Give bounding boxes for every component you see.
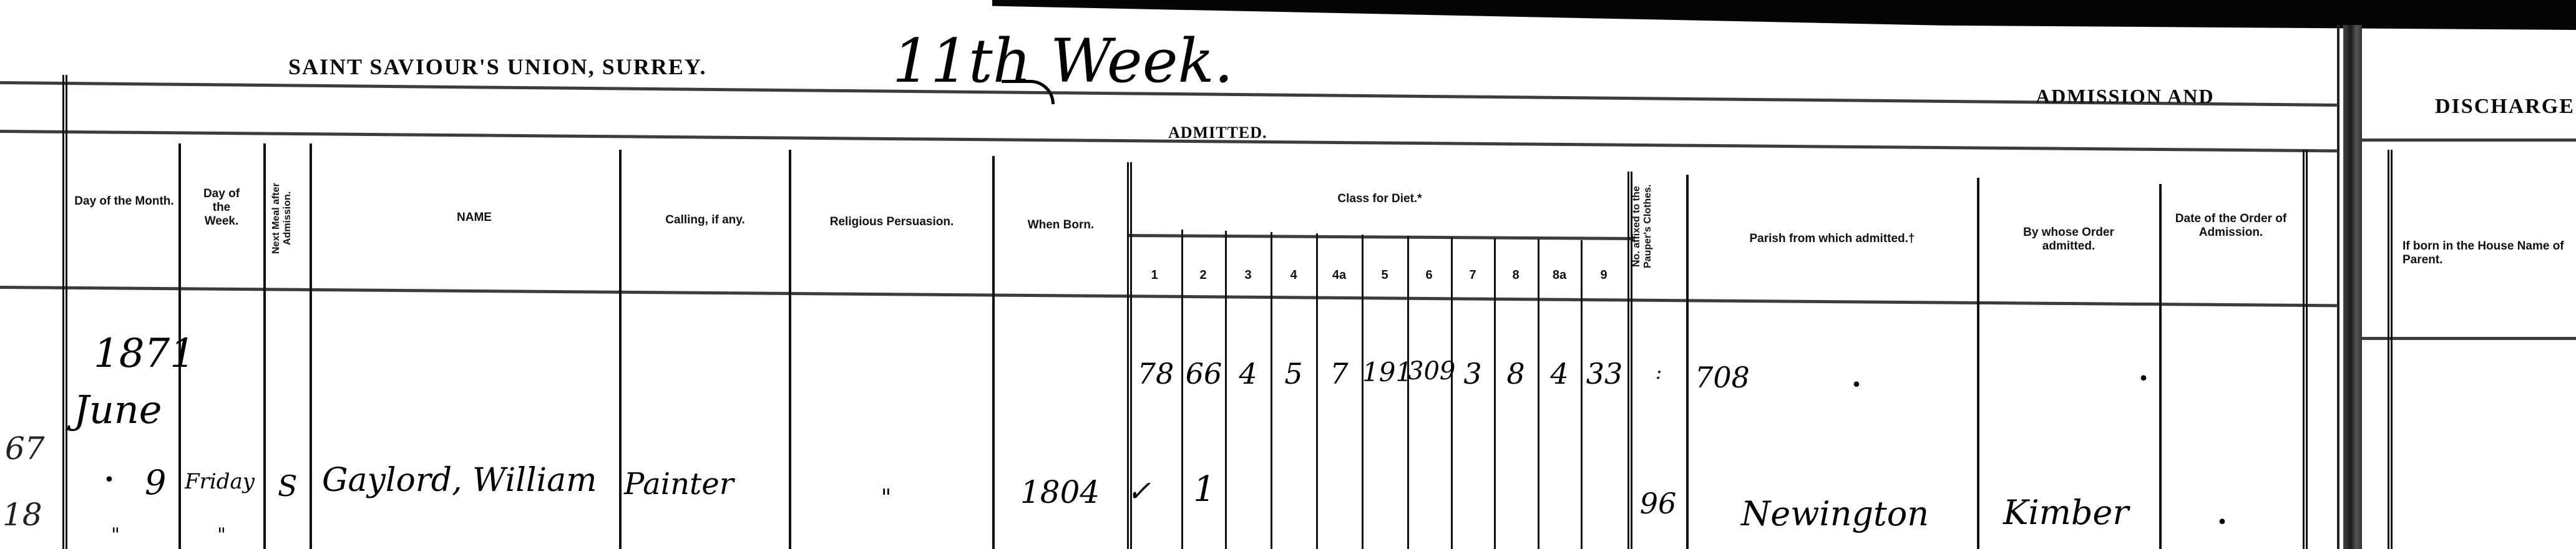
by-whose-order: Kimber: [2003, 493, 2129, 532]
calling: Painter: [624, 467, 734, 502]
diet-sep: [1362, 235, 1364, 549]
rule-header-bottom-right: [2362, 337, 2576, 340]
col-line-right-page: [2388, 150, 2393, 549]
diet-class-2: 2: [1194, 268, 1212, 283]
diet-sep: [1494, 238, 1496, 549]
diet-sep: [1407, 236, 1409, 549]
diet-count-9: 33: [1582, 357, 1627, 391]
rule-top-right-page: [2362, 138, 2576, 142]
diet-count-1: 78: [1131, 357, 1181, 391]
parish-mark: •: [1847, 374, 1866, 396]
diet-class-8a: 8a: [1550, 268, 1569, 283]
parish: Newington: [1741, 494, 1929, 533]
diet-sep: [1451, 237, 1453, 549]
header-next-meal: Next Meal after Admission.: [271, 156, 305, 281]
diet-check-mark: ✓: [1123, 474, 1154, 508]
no-affixed-mark: :: [1634, 362, 1684, 384]
diet-count-8a: 4: [1539, 357, 1580, 391]
day-of-month-ditto: ": [106, 524, 125, 546]
header-religious-persuasion: Religious Persuasion.: [791, 215, 992, 229]
diet-sep: [1538, 239, 1539, 549]
diet-count-7: 3: [1452, 357, 1493, 391]
col-line-margin: [62, 75, 67, 549]
header-when-born: When Born.: [995, 218, 1127, 232]
diet-class-3: 3: [1239, 268, 1257, 283]
religious-persuasion: ": [874, 485, 899, 511]
header-by-whose-order: By whose Order admitted.: [2009, 226, 2128, 253]
header-parish: Parish from which admitted.†: [1689, 232, 1976, 246]
header-name: NAME: [437, 211, 512, 225]
when-born: 1804: [1020, 474, 1100, 510]
header-born-in-house: If born in the House Name of Parent.: [2396, 240, 2576, 267]
rule-diet-subheader: [1128, 234, 1634, 240]
diet-count-5: 191: [1362, 357, 1407, 387]
pauper-name: Gaylord, William: [322, 462, 597, 499]
year: 1871: [94, 331, 195, 377]
diet-count-3: 4: [1227, 357, 1269, 391]
margin-number: 18: [2, 497, 42, 533]
week-annotation: 11th Week.: [892, 26, 1233, 96]
discharge-title: DISCHARGE: [2435, 95, 2575, 119]
diet-sep: [1316, 233, 1318, 549]
day-mark: •: [100, 469, 119, 491]
rule-header-bottom: [0, 286, 2337, 307]
diet-count-4a: 7: [1318, 357, 1360, 391]
col-line-date: [2159, 184, 2162, 549]
diet-count-4: 5: [1272, 357, 1315, 391]
header-date-of-order: Date of the Order of Admission.: [2172, 212, 2290, 240]
diet-class-5: 5: [1375, 268, 1394, 283]
diet-count-2: 66: [1183, 357, 1225, 391]
diet-sep: [1581, 240, 1583, 549]
col-line-3: [310, 143, 312, 549]
parish-total: 708: [1685, 361, 1760, 394]
day-of-week-ditto: ": [212, 524, 231, 546]
col-line-date-end: [2303, 150, 2308, 549]
day-of-month: 9: [145, 463, 166, 502]
day-of-week: Friday: [185, 469, 255, 494]
diet-count-6: 309: [1408, 357, 1451, 386]
header-day-of-week: Day of the Week.: [181, 187, 262, 228]
diet-class-7: 7: [1463, 268, 1482, 283]
diet-class-6: 6: [1420, 268, 1438, 283]
month: June: [74, 387, 162, 432]
date-of-order: •: [2213, 512, 2232, 533]
margin-number: 67: [5, 430, 45, 467]
book-spine-gutter: [2343, 25, 2362, 549]
diet-class-8: 8: [1506, 268, 1525, 283]
diet-class-9: 9: [1594, 268, 1613, 283]
diet-class-4a: 4a: [1330, 268, 1349, 283]
diet-class-entry: 1: [1186, 469, 1223, 510]
header-day-of-month: Day of the Month.: [71, 195, 177, 208]
diet-class-1: 1: [1145, 268, 1164, 283]
next-meal: S: [278, 469, 298, 503]
diet-count-8: 8: [1495, 357, 1536, 391]
no-affixed: 96: [1630, 487, 1686, 520]
header-calling: Calling, if any.: [622, 213, 789, 227]
diet-sep: [1271, 232, 1272, 549]
col-line-6: [992, 156, 995, 549]
diet-class-4: 4: [1284, 268, 1303, 283]
col-line-5: [789, 150, 791, 549]
page-edge: [2337, 25, 2339, 549]
col-line-order: [1977, 178, 1979, 549]
col-line-2: [263, 143, 266, 549]
col-line-4: [619, 150, 622, 549]
header-no-affixed: No. affixed to the Pauper's Clothes.: [1631, 167, 1685, 286]
order-mark: •: [2134, 368, 2153, 390]
header-class-for-diet: Class for Diet.*: [1132, 192, 1627, 206]
union-title: SAINT SAVIOUR'S UNION, SURREY.: [288, 54, 707, 80]
